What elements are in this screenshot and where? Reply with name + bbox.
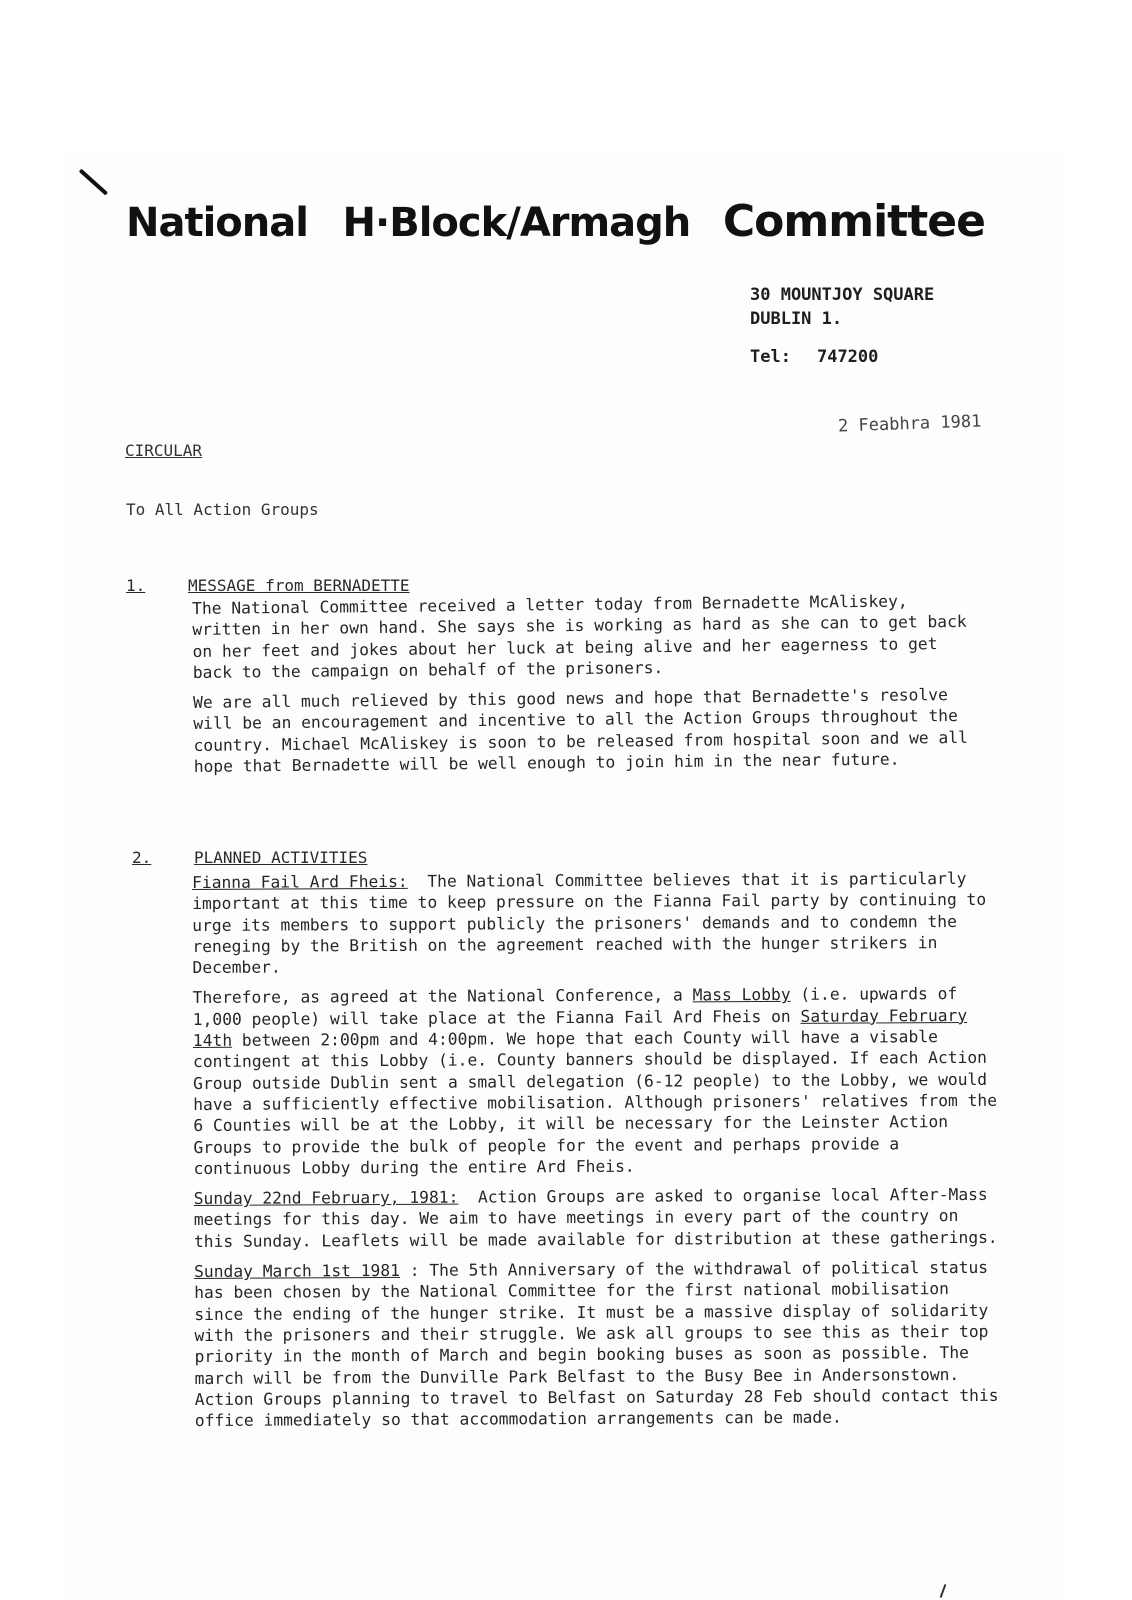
item-text: Therefore, as agreed at the National Con… xyxy=(193,986,693,1008)
item-sunday-march-1st: Sunday March 1st 1981 : The 5th Annivers… xyxy=(194,1257,1005,1432)
item-mass-lobby: Therefore, as agreed at the National Con… xyxy=(193,983,1004,1179)
item-text: between 2:00pm and 4:00pm. We hope that … xyxy=(193,1027,997,1178)
section-1-heading: 1.MESSAGE from BERNADETTE xyxy=(126,576,410,595)
tel-label: Tel: xyxy=(750,347,791,367)
mass-lobby-emphasis: Mass Lobby xyxy=(693,985,791,1005)
section-title: PLANNED ACTIVITIES xyxy=(194,848,367,867)
tel-number: 747200 xyxy=(817,347,878,367)
item-lead: Sunday 22nd February, 1981: xyxy=(194,1188,459,1208)
section-2-heading: 2.PLANNED ACTIVITIES xyxy=(132,848,367,867)
item-fianna-fail-ard-fheis: Fianna Fail Ard Fheis: The National Comm… xyxy=(192,868,1003,979)
section-1-body: The National Committee received a letter… xyxy=(192,590,984,787)
item-sunday-22nd-february: Sunday 22nd February, 1981: Action Group… xyxy=(194,1184,1004,1252)
section-number: 1. xyxy=(126,576,188,595)
letterhead-hblock-armagh: H·Block/Armagh xyxy=(343,200,691,246)
paragraph: The National Committee received a letter… xyxy=(192,590,983,683)
item-lead: Sunday March 1st 1981 xyxy=(194,1261,400,1281)
section-number: 2. xyxy=(132,848,194,867)
address-block: 30 MOUNTJOY SQUARE DUBLIN 1. xyxy=(750,283,934,331)
section-2-body: Fianna Fail Ard Fheis: The National Comm… xyxy=(192,868,1005,1441)
address-line-1: 30 MOUNTJOY SQUARE xyxy=(750,283,934,307)
section-title: MESSAGE from BERNADETTE xyxy=(188,576,410,595)
recipient-line: To All Action Groups xyxy=(126,500,319,519)
letterhead-committee: Committee xyxy=(723,196,985,247)
telephone: Tel:747200 xyxy=(750,347,878,367)
paragraph: We are all much relieved by this good ne… xyxy=(193,684,984,777)
letterhead-national: National xyxy=(126,200,308,246)
letterhead: National H·Block/Armagh Committee xyxy=(126,196,985,247)
item-lead: Fianna Fail Ard Fheis: xyxy=(192,872,408,892)
circular-label: CIRCULAR xyxy=(125,441,202,460)
address-line-2: DUBLIN 1. xyxy=(750,307,934,331)
item-text: : The 5th Anniversary of the withdrawal … xyxy=(194,1258,998,1430)
